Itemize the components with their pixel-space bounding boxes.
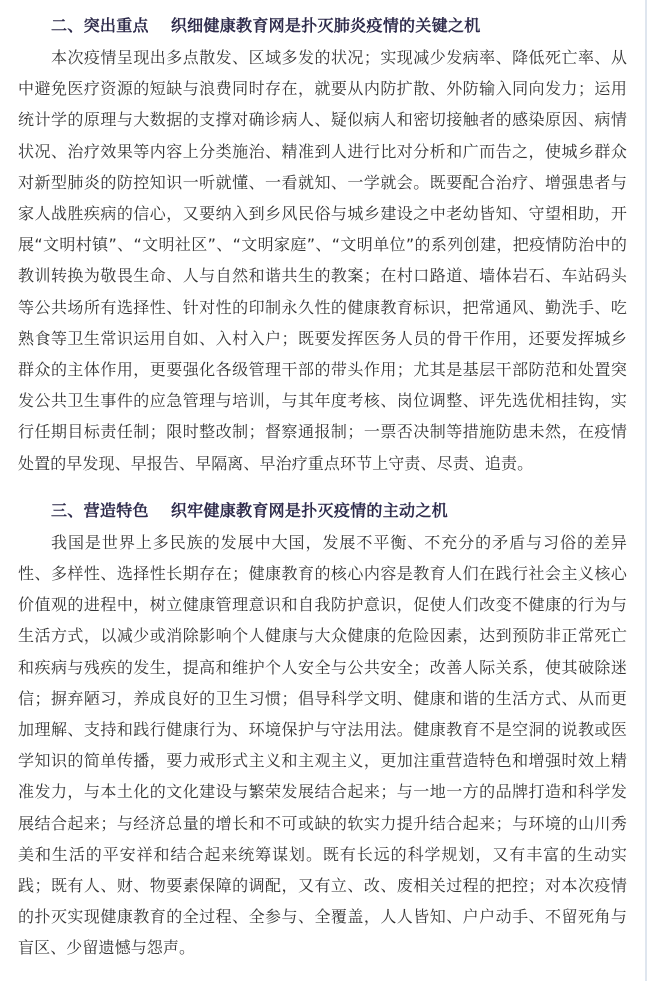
section-number: 三、营造特色 bbox=[51, 501, 149, 520]
section-title: 织牢健康教育网是扑灭疫情的主动之机 bbox=[171, 501, 448, 520]
section-paragraph-3: 我国是世界上多民族的发展中大国，发展不平衡、不充分的矛盾与习俗的差异性、多样性、… bbox=[18, 527, 627, 964]
section-title: 织细健康教育网是扑灭肺炎疫情的关键之机 bbox=[171, 16, 481, 35]
section-heading-2: 二、突出重点织细健康教育网是扑灭肺炎疫情的关键之机 bbox=[18, 10, 627, 42]
article-body: 二、突出重点织细健康教育网是扑灭肺炎疫情的关键之机 本次疫情呈现出多点散发、区域… bbox=[0, 0, 645, 964]
section-paragraph-2: 本次疫情呈现出多点散发、区域多发的状况；实现减少发病率、降低死亡率、从中避免医疗… bbox=[18, 42, 627, 479]
document-page: 二、突出重点织细健康教育网是扑灭肺炎疫情的关键之机 本次疫情呈现出多点散发、区域… bbox=[0, 0, 647, 981]
section-number: 二、突出重点 bbox=[51, 16, 149, 35]
section-heading-3: 三、营造特色织牢健康教育网是扑灭疫情的主动之机 bbox=[18, 495, 627, 527]
